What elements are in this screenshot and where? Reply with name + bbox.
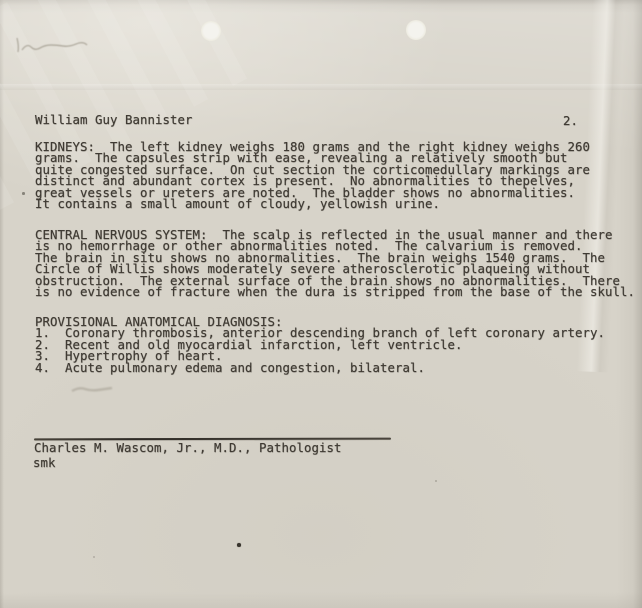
stray-margin-dot [22, 192, 25, 195]
pathologist-name: Charles M. Wascom, Jr., M.D., Pathologis… [34, 442, 342, 453]
section-provisional-anatomical-diagnosis: PROVISIONAL ANATOMICAL DIAGNOSIS: 1. Cor… [35, 316, 605, 373]
faint-speck [93, 556, 95, 558]
section-central-nervous-system: CENTRAL NERVOUS SYSTEM: The scalp is ref… [35, 229, 635, 297]
faint-speck [435, 480, 437, 482]
section-kidneys: KIDNEYS: The left kidney weighs 180 gram… [35, 141, 590, 209]
body-line: is no evidence of fracture when the dura… [35, 286, 635, 297]
pencil-smudge [70, 385, 114, 395]
horizontal-crease [0, 84, 642, 90]
scanned-autopsy-report-page: William Guy Bannister 2. KIDNEYS: The le… [0, 0, 642, 608]
pencil-scribble [14, 34, 92, 60]
punch-hole-left [201, 21, 221, 41]
punch-hole-right [406, 20, 426, 40]
diagnosis-item: 4. Acute pulmonary edema and congestion,… [35, 362, 605, 373]
page-number: 2. [563, 115, 578, 126]
patient-name: William Guy Bannister [35, 114, 193, 125]
typist-initials: smk [33, 457, 56, 468]
ink-speck [237, 543, 241, 547]
